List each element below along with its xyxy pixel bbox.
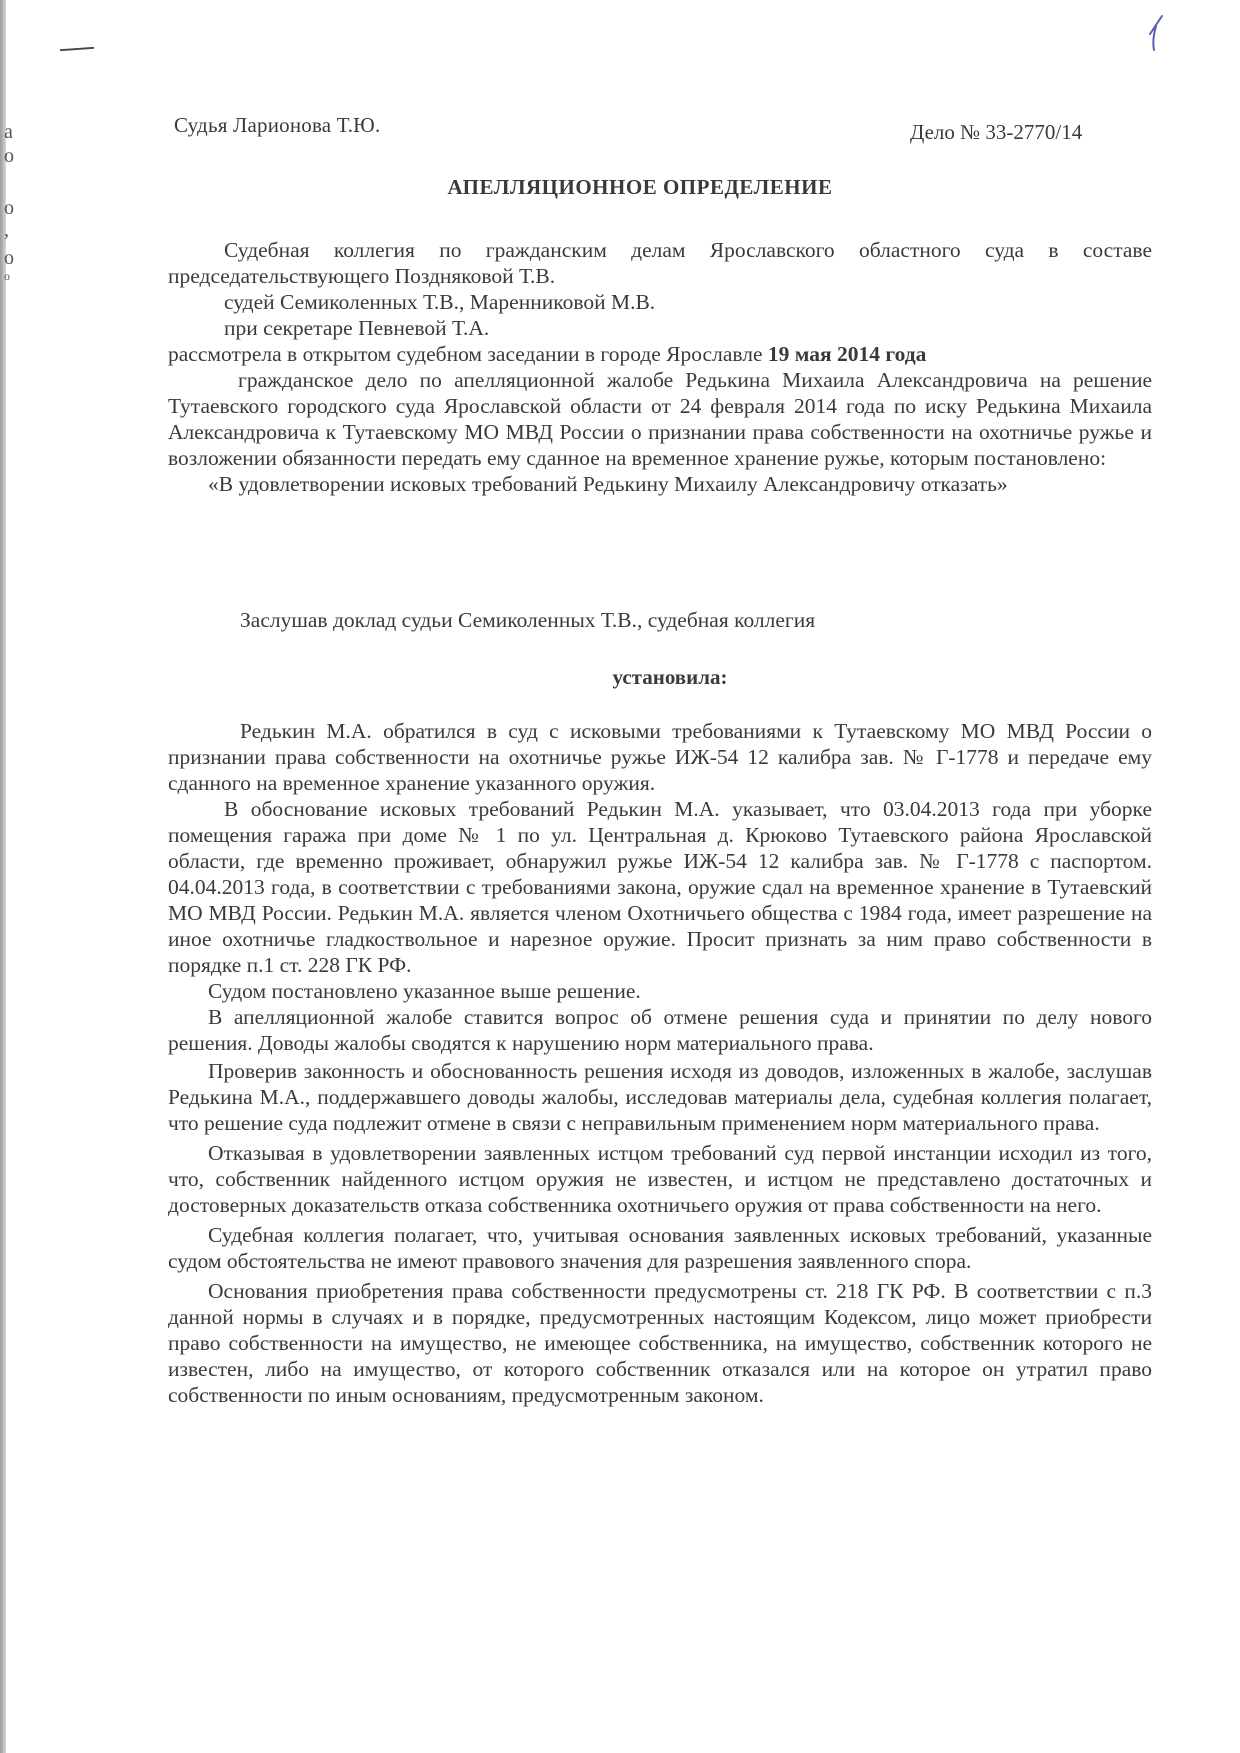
paragraph: В апелляционной жалобе ставится вопрос о… — [168, 1004, 1152, 1056]
paragraph: Отказывая в удовлетворении заявленных ис… — [168, 1140, 1152, 1218]
report-line: Заслушав доклад судьи Семиколенных Т.В.,… — [168, 607, 1152, 633]
paragraph: Проверив законность и обоснованность реш… — [168, 1058, 1152, 1136]
paragraph: В обоснование исковых требований Редькин… — [168, 796, 1152, 978]
main-body: Редькин М.А. обратился в суд с исковыми … — [168, 718, 1152, 1408]
secretary-line: при секретаре Певневой Т.А. — [168, 315, 1152, 341]
case-description: гражданское дело по апелляционной жалобе… — [168, 367, 1152, 471]
handwritten-page-number-icon — [1140, 12, 1170, 52]
judge-name: Судья Ларионова Т.Ю. — [174, 113, 380, 138]
lower-court-ruling-quote: «В удовлетворении исковых требований Ред… — [168, 471, 1152, 497]
case-number: Дело № 33-2770/14 — [910, 120, 1082, 145]
judges-line: судей Семиколенных Т.В., Маренниковой М.… — [168, 289, 1152, 315]
paragraph: Судебная коллегия полагает, что, учитыва… — [168, 1222, 1152, 1274]
scan-artifact-dash — [60, 47, 94, 51]
bleed-through-char: о — [4, 248, 14, 268]
bleed-through-char: о — [4, 198, 14, 218]
court-composition: Судебная коллегия по гражданским делам Я… — [168, 237, 1152, 289]
bleed-through-char: о — [4, 270, 10, 282]
paragraph: Основания приобретения права собственнос… — [168, 1278, 1152, 1408]
intro-block: Судебная коллегия по гражданским делам Я… — [168, 237, 1152, 497]
hearing-date: 19 мая 2014 года — [768, 342, 927, 366]
document-title: АПЕЛЛЯЦИОННОЕ ОПРЕДЕЛЕНИЕ — [0, 175, 1240, 200]
bleed-through-char: а — [4, 122, 13, 142]
hearing-prefix: рассмотрела в открытом судебном заседани… — [168, 342, 768, 366]
section-heading: установила: — [0, 665, 1240, 690]
paragraph: Редькин М.А. обратился в суд с исковыми … — [168, 718, 1152, 796]
hearing-line: рассмотрела в открытом судебном заседани… — [168, 341, 1152, 367]
bleed-through-char: о — [4, 146, 14, 166]
bleed-through-char: , — [4, 220, 9, 240]
paragraph: Судом постановлено указанное выше решени… — [168, 978, 1152, 1004]
